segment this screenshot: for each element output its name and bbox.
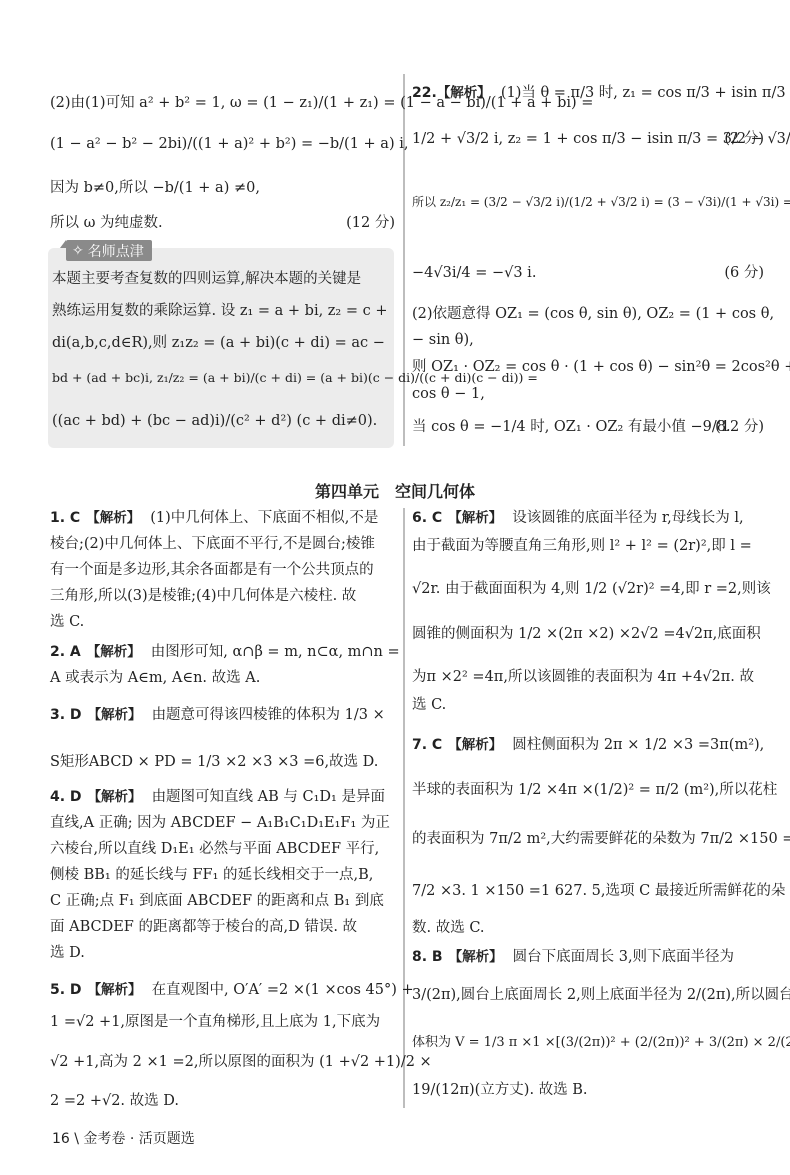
- unit-title: 第四单元 空间几何体: [0, 479, 790, 502]
- solution-line: 因为 b≠0,所以 −b/(1 + a) ≠0,: [50, 180, 260, 196]
- solution-line: 设该圆锥的底面半径为 r,母线长为 l,: [512, 510, 743, 526]
- analysis-tag: 【解析】: [448, 737, 502, 753]
- answer-1-header: 1. C【解析】(1)中几何体上、下底面不相似,不是: [50, 511, 378, 526]
- points-label: (2 分): [724, 132, 764, 147]
- text-line: −4√3i/4 = −√3 i. (6 分): [412, 266, 764, 281]
- teacher-tips-header: ✧ 名师点津: [66, 240, 152, 261]
- analysis-tag: 【解析】: [449, 949, 503, 965]
- points-label: (6 分): [724, 266, 764, 281]
- answer-5-header: 5. D【解析】在直观图中, O′A′ =2 ×(1 ×cos 45°) +: [50, 983, 414, 998]
- solution-line: 由题图可知直线 AB 与 C₁D₁ 是异面: [152, 789, 385, 805]
- solution-line: (1 − a² − b² − 2bi)/((1 + a)² + b²) = −b…: [50, 136, 408, 152]
- text-line: 选 C.: [50, 615, 84, 630]
- solution-line: 在直观图中, O′A′ =2 ×(1 ×cos 45°) +: [152, 982, 414, 998]
- solution-line: 圆台下底面周长 3,则下底面半径为: [513, 949, 734, 965]
- text-line: 半球的表面积为 1/2 ×4π ×(1/2)² = π/2 (m²),所以花柱: [412, 783, 777, 798]
- text-line: (1 − a² − b² − 2bi)/((1 + a)² + b²) = −b…: [50, 137, 408, 152]
- analysis-tag: 【解析】: [88, 789, 142, 805]
- text-line: 面 ABCDEF 的距离都等于棱台的高,D 错误. 故: [50, 920, 357, 935]
- text-line: 棱台;(2)中几何体上、下底面不平行,不是圆台;棱锥: [50, 537, 375, 552]
- text-line: √2r. 由于截面面积为 4,则 1/2 (√2r)² =4,即 r =2,则该: [412, 582, 771, 597]
- text-line: 选 D.: [50, 946, 85, 961]
- text-line: 选 C.: [412, 698, 446, 713]
- text-line: 19/(12π)(立方丈). 故选 B.: [412, 1083, 588, 1098]
- analysis-tag: 【解析】: [87, 644, 141, 660]
- text-line: 3/(2π),圆台上底面周长 2,则上底面半径为 2/(2π),所以圆台的: [412, 988, 790, 1003]
- answer-3-header: 3. D【解析】由题意可得该四棱锥的体积为 1/3 ×: [50, 708, 385, 723]
- text-line: 侧棱 BB₁ 的延长线与 FF₁ 的延长线相交于一点,B,: [50, 868, 373, 883]
- answer-number: 2. A: [50, 644, 81, 660]
- text-line: 三角形,所以(3)是棱锥;(4)中几何体是六棱柱. 故: [50, 589, 356, 604]
- text-line: A 或表示为 A∈m, A∈n. 故选 A.: [50, 671, 260, 686]
- text-line: 1/2 + √3/2 i, z₂ = 1 + cos π/3 − isin π/…: [412, 132, 764, 147]
- analysis-tag: 【解析】: [88, 707, 142, 723]
- text-line: 1 =√2 +1,原图是一个直角梯形,且上底为 1,下底为: [50, 1015, 380, 1030]
- tips-line: 本题主要考查复数的四则运算,解决本题的关键是: [52, 272, 361, 287]
- answer-2-header: 2. A【解析】由图形可知, α∩β = m, n⊂α, m∩n =: [50, 645, 400, 660]
- text-line: 7/2 ×3. 1 ×150 =1 627. 5,选项 C 最接近所需鲜花的朵: [412, 884, 785, 899]
- text-line: 圆锥的侧面积为 1/2 ×(2π ×2) ×2√2 =4√2π,底面积: [412, 627, 761, 642]
- answer-4-header: 4. D【解析】由题图可知直线 AB 与 C₁D₁ 是异面: [50, 790, 385, 805]
- text-line: S矩形ABCD × PD = 1/3 ×2 ×3 ×3 =6,故选 D.: [50, 755, 378, 770]
- analysis-tag: 【解析】: [88, 982, 142, 998]
- points-label: (12 分): [715, 420, 764, 435]
- tips-line: di(a,b,c,d∈R),则 z₁z₂ = (a + bi)(c + di) …: [52, 336, 385, 351]
- text-line: √2 +1,高为 2 ×1 =2,所以原图的面积为 (1 +√2 +1)/2 ×: [50, 1055, 432, 1070]
- magic-wand-icon: ✧: [72, 243, 84, 259]
- text-line: 为π ×2² =4π,所以该圆锥的表面积为 4π +4√2π. 故: [412, 670, 754, 685]
- text-line: 六棱台,所以直线 D₁E₁ 必然与平面 ABCDEF 平行,: [50, 842, 379, 857]
- solution-line: 所以 ω 为纯虚数.: [50, 215, 163, 231]
- text-line: 当 cos θ = −1/4 时, OZ₁ · OZ₂ 有最小值 −9/8. (…: [412, 420, 764, 435]
- text-line: 有一个面是多边形,其余各面都是有一个公共顶点的: [50, 563, 374, 578]
- text-line: 直线,A 正确; 因为 ABCDEF − A₁B₁C₁D₁E₁F₁ 为正: [50, 816, 390, 831]
- text-line: 体积为 V = 1/3 π ×1 ×[(3/(2π))² + (2/(2π))²…: [412, 1036, 790, 1049]
- solution-line: (1)当 θ = π/3 时, z₁ = cos π/3 + isin π/3 …: [501, 85, 790, 101]
- solution-line: 圆柱侧面积为 2π × 1/2 ×3 =3π(m²),: [512, 737, 764, 753]
- answer-7-header: 7. C【解析】圆柱侧面积为 2π × 1/2 ×3 =3π(m²),: [412, 738, 764, 753]
- answer-number: 4. D: [50, 789, 82, 805]
- text-line: − sin θ),: [412, 333, 474, 348]
- solution-line: 当 cos θ = −1/4 时, OZ₁ · OZ₂ 有最小值 −9/8.: [412, 419, 731, 435]
- text-line: C 正确;点 F₁ 到底面 ABCDEF 的距离和点 B₁ 到底: [50, 894, 384, 909]
- solution-line: 由图形可知, α∩β = m, n⊂α, m∩n =: [151, 644, 400, 660]
- text-line: 则 OZ₁ · OZ₂ = cos θ · (1 + cos θ) − sin²…: [412, 360, 790, 375]
- text-line: (2)依题意得 OZ₁ = (cos θ, sin θ), OZ₂ = (1 +…: [412, 307, 774, 322]
- page-footer: 16 \ 金考卷 · 活页题选: [52, 1128, 195, 1148]
- answer-number: 7. C: [412, 737, 442, 753]
- answer-number: 6. C: [412, 510, 442, 526]
- solution-line: −4√3i/4 = −√3 i.: [412, 265, 536, 281]
- answer-8-header: 8. B【解析】圆台下底面周长 3,则下底面半径为: [412, 950, 734, 965]
- text-line: 的表面积为 7π/2 m²,大约需要鲜花的朵数为 7π/2 ×150 =: [412, 832, 790, 847]
- answer-6-header: 6. C【解析】设该圆锥的底面半径为 r,母线长为 l,: [412, 511, 744, 526]
- tips-line: 熟练运用复数的乘除运算. 设 z₁ = a + bi, z₂ = c +: [52, 304, 388, 319]
- text-line: 所以 ω 为纯虚数. (12 分): [50, 216, 395, 231]
- question-22-header: 22.【解析】(1)当 θ = π/3 时, z₁ = cos π/3 + is…: [412, 86, 790, 101]
- column-divider-top: [403, 74, 405, 446]
- answer-number: 5. D: [50, 982, 82, 998]
- text-line: 由于截面为等腰直角三角形,则 l² + l² = (2r)²,即 l =: [412, 539, 752, 554]
- text-line: 因为 b≠0,所以 −b/(1 + a) ≠0,: [50, 181, 260, 196]
- answer-number: 8. B: [412, 949, 443, 965]
- text-line: cos θ − 1,: [412, 387, 485, 402]
- column-divider-bottom: [403, 508, 405, 1108]
- tips-line: ((ac + bd) + (bc − ad)i)/(c² + d²) (c + …: [52, 414, 377, 429]
- text-line: 2 =2 +√2. 故选 D.: [50, 1094, 179, 1109]
- text-line: 数. 故选 C.: [412, 921, 485, 936]
- solution-line: 由题意可得该四棱锥的体积为 1/3 ×: [152, 707, 385, 723]
- analysis-tag: 【解析】: [448, 510, 502, 526]
- points-label: (12 分): [346, 216, 395, 231]
- solution-line: (1)中几何体上、下底面不相似,不是: [150, 510, 378, 526]
- analysis-tag: 【解析】: [437, 85, 491, 101]
- answer-number: 1. C: [50, 510, 80, 526]
- analysis-tag: 【解析】: [86, 510, 140, 526]
- teacher-tips-title: 名师点津: [88, 241, 144, 261]
- answer-number: 3. D: [50, 707, 82, 723]
- question-number: 22.: [412, 85, 437, 101]
- text-line: 所以 z₂/z₁ = (3/2 − √3/2 i)/(1/2 + √3/2 i)…: [412, 196, 790, 208]
